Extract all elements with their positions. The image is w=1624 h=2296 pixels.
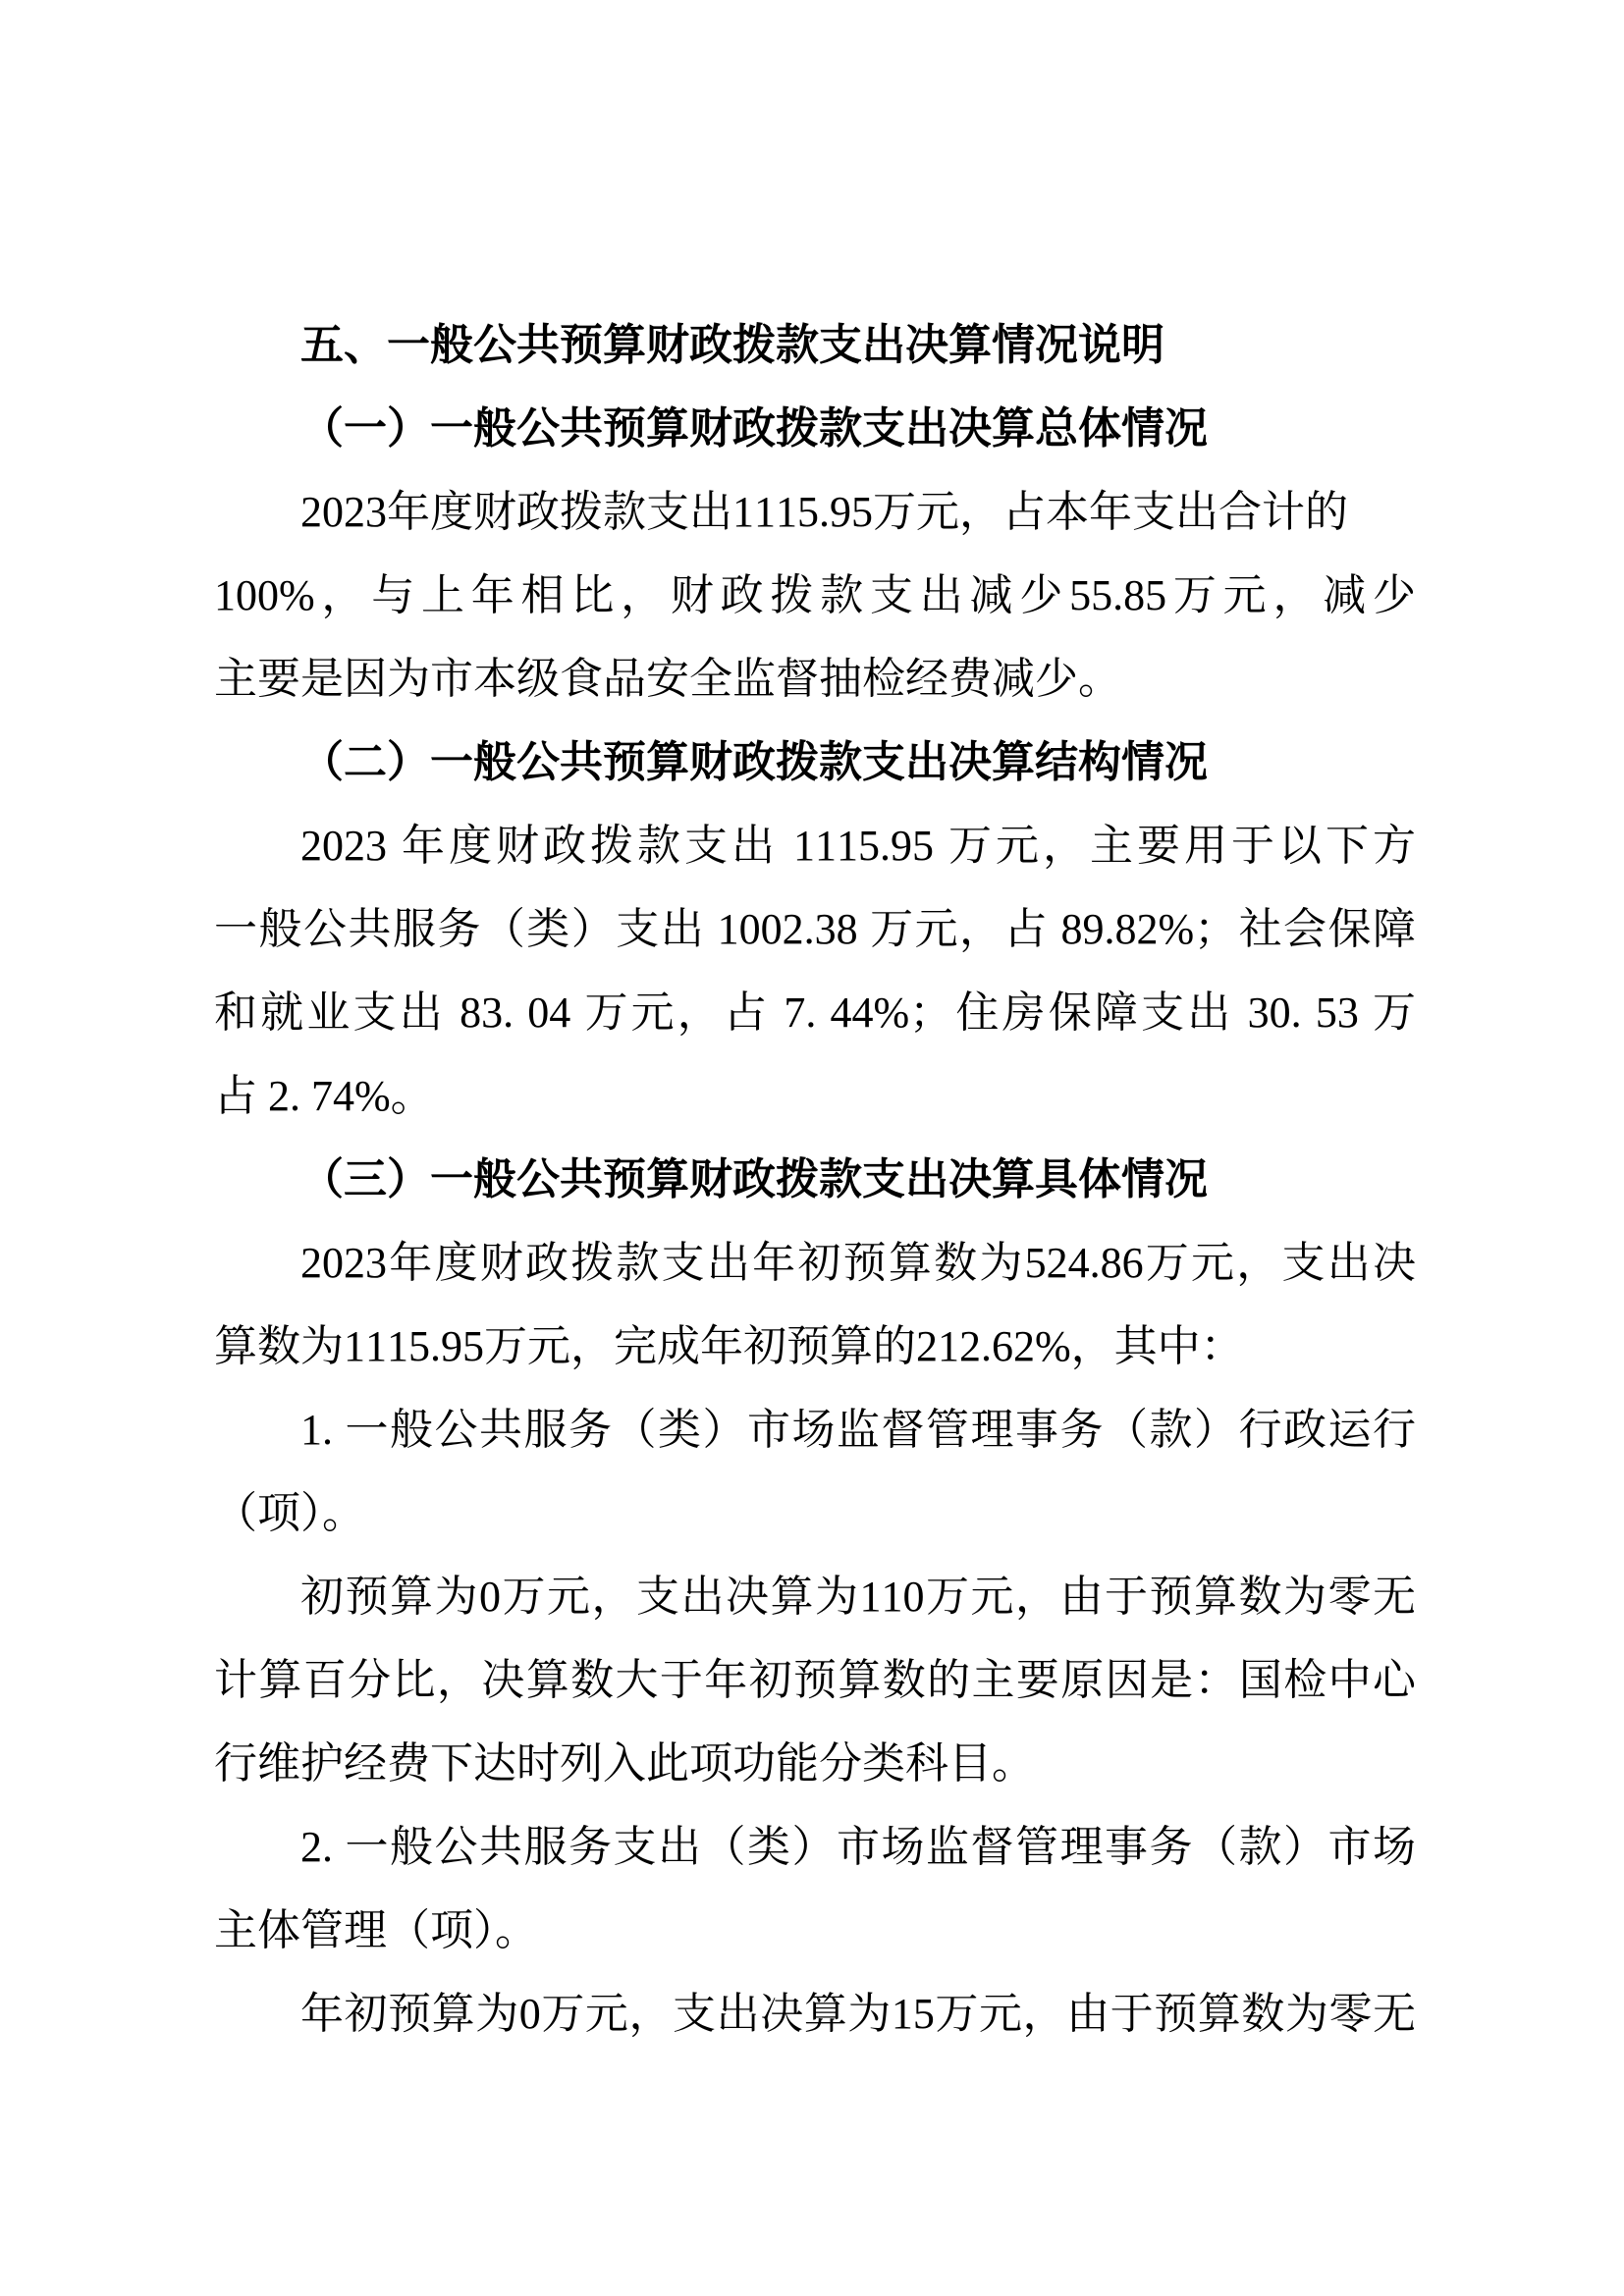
heading-subsection-two: （二）一般公共预算财政拨款支出决算结构情况 bbox=[214, 721, 1416, 804]
para-structure-line-1: 2023 年度财政拨款支出 1115.95 万元，主要用于以下方面： bbox=[214, 804, 1416, 887]
para-item2-title-line-2: 主体管理（项）。 bbox=[214, 1889, 1416, 1972]
heading-subsection-three: （三）一般公共预算财政拨款支出决算具体情况 bbox=[214, 1138, 1416, 1221]
para-item1-reason-line-3: 行维护经费下达时列入此项功能分类科目。 bbox=[214, 1722, 1416, 1805]
heading-section-five: 五、一般公共预算财政拨款支出决算情况说明 bbox=[214, 303, 1416, 387]
para-item2-title-line-1: 2. 一般公共服务支出（类）市场监督管理事务（款）市场 bbox=[214, 1805, 1416, 1889]
para-item2-reason-line-1: 年初预算为0万元，支出决算为15万元，由于预算数为零无 bbox=[214, 1972, 1416, 2056]
para-structure-line-3: 和就业支出 83. 04 万元，占 7. 44%；住房保障支出 30. 53 万… bbox=[214, 971, 1416, 1054]
para-specific-line-1: 2023年度财政拨款支出年初预算数为524.86万元，支出决 bbox=[214, 1221, 1416, 1305]
para-item1-title-line-1: 1. 一般公共服务（类）市场监督管理事务（款）行政运行 bbox=[214, 1388, 1416, 1471]
para-overall-line-3: 主要是因为市本级食品安全监督抽检经费减少。 bbox=[214, 637, 1416, 721]
para-item1-reason-line-1: 初预算为0万元，支出决算为110万元，由于预算数为零无法 bbox=[214, 1555, 1416, 1638]
heading-subsection-one: （一）一般公共预算财政拨款支出决算总体情况 bbox=[214, 387, 1416, 470]
document-content: 五、一般公共预算财政拨款支出决算情况说明 （一）一般公共预算财政拨款支出决算总体… bbox=[214, 303, 1416, 2056]
para-specific-line-2: 算数为1115.95万元，完成年初预算的212.62%，其中： bbox=[214, 1305, 1416, 1388]
document-page: 五、一般公共预算财政拨款支出决算情况说明 （一）一般公共预算财政拨款支出决算总体… bbox=[0, 0, 1624, 2296]
para-structure-line-4: 占 2. 74%。 bbox=[214, 1054, 1416, 1138]
para-item1-reason-line-2: 计算百分比，决算数大于年初预算数的主要原因是：国检中心运 bbox=[214, 1638, 1416, 1722]
para-structure-line-2: 一般公共服务（类）支出 1002.38 万元，占 89.82%；社会保障 bbox=[214, 887, 1416, 971]
para-overall-line-1: 2023年度财政拨款支出1115.95万元，占本年支出合计的 bbox=[214, 470, 1416, 554]
para-item1-title-line-2: （项）。 bbox=[214, 1471, 1416, 1555]
para-overall-line-2: 100%，与上年相比，财政拨款支出减少55.85万元，减少4.77%， bbox=[214, 554, 1416, 637]
